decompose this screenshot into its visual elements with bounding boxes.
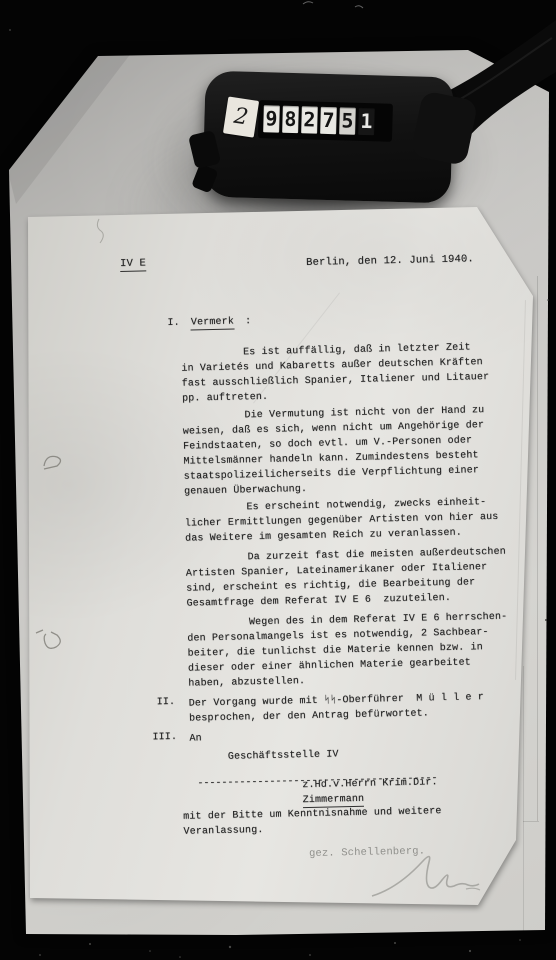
paragraph-2: Die Vermutung ist nicht von der Hand zu … [182, 403, 486, 500]
item-2: II. Der Vorgang wurde mit ᛋᛋ-Oberführer … [189, 690, 485, 726]
item-number: III. [152, 732, 177, 744]
item-number: I. [167, 318, 180, 329]
section-1-heading: I. Vermerk : [167, 316, 251, 329]
typewritten-text: IV E Berlin, den 12. Juni 1940. I. Verme… [28, 203, 555, 914]
item-title: Vermerk [191, 317, 234, 331]
text-line: An [189, 731, 202, 746]
item-colon: : [245, 316, 251, 327]
reference-code: IV E [120, 257, 146, 270]
paragraph-3: Es erscheint notwendig, zwecks einheit- … [184, 495, 499, 547]
item-3: III. An [189, 731, 202, 746]
document-wrap: IV E Berlin, den 12. Juni 1940. I. Verme… [0, 0, 556, 960]
paragraph-4: Da zurzeit fast die meisten außerdeutsch… [185, 545, 507, 612]
archival-photo-frame: 2 9 8 2 7 5 1 IV E Berlin, den 12. Juni … [0, 0, 556, 960]
signature-line: gez. Schellenberg. [309, 844, 425, 862]
document-page: IV E Berlin, den 12. Juni 1940. I. Verme… [28, 200, 540, 912]
paragraph-5: Wegen des in dem Referat IV E 6 herrsche… [187, 610, 509, 692]
paragraph-1: Es ist auffällig, daß in letzter Zeit in… [181, 340, 490, 407]
item-number: II. [157, 697, 176, 708]
dateline: Berlin, den 12. Juni 1940. [306, 252, 474, 271]
closing-block: mit der Bitte um Kenntnisnahme und weite… [183, 804, 442, 840]
